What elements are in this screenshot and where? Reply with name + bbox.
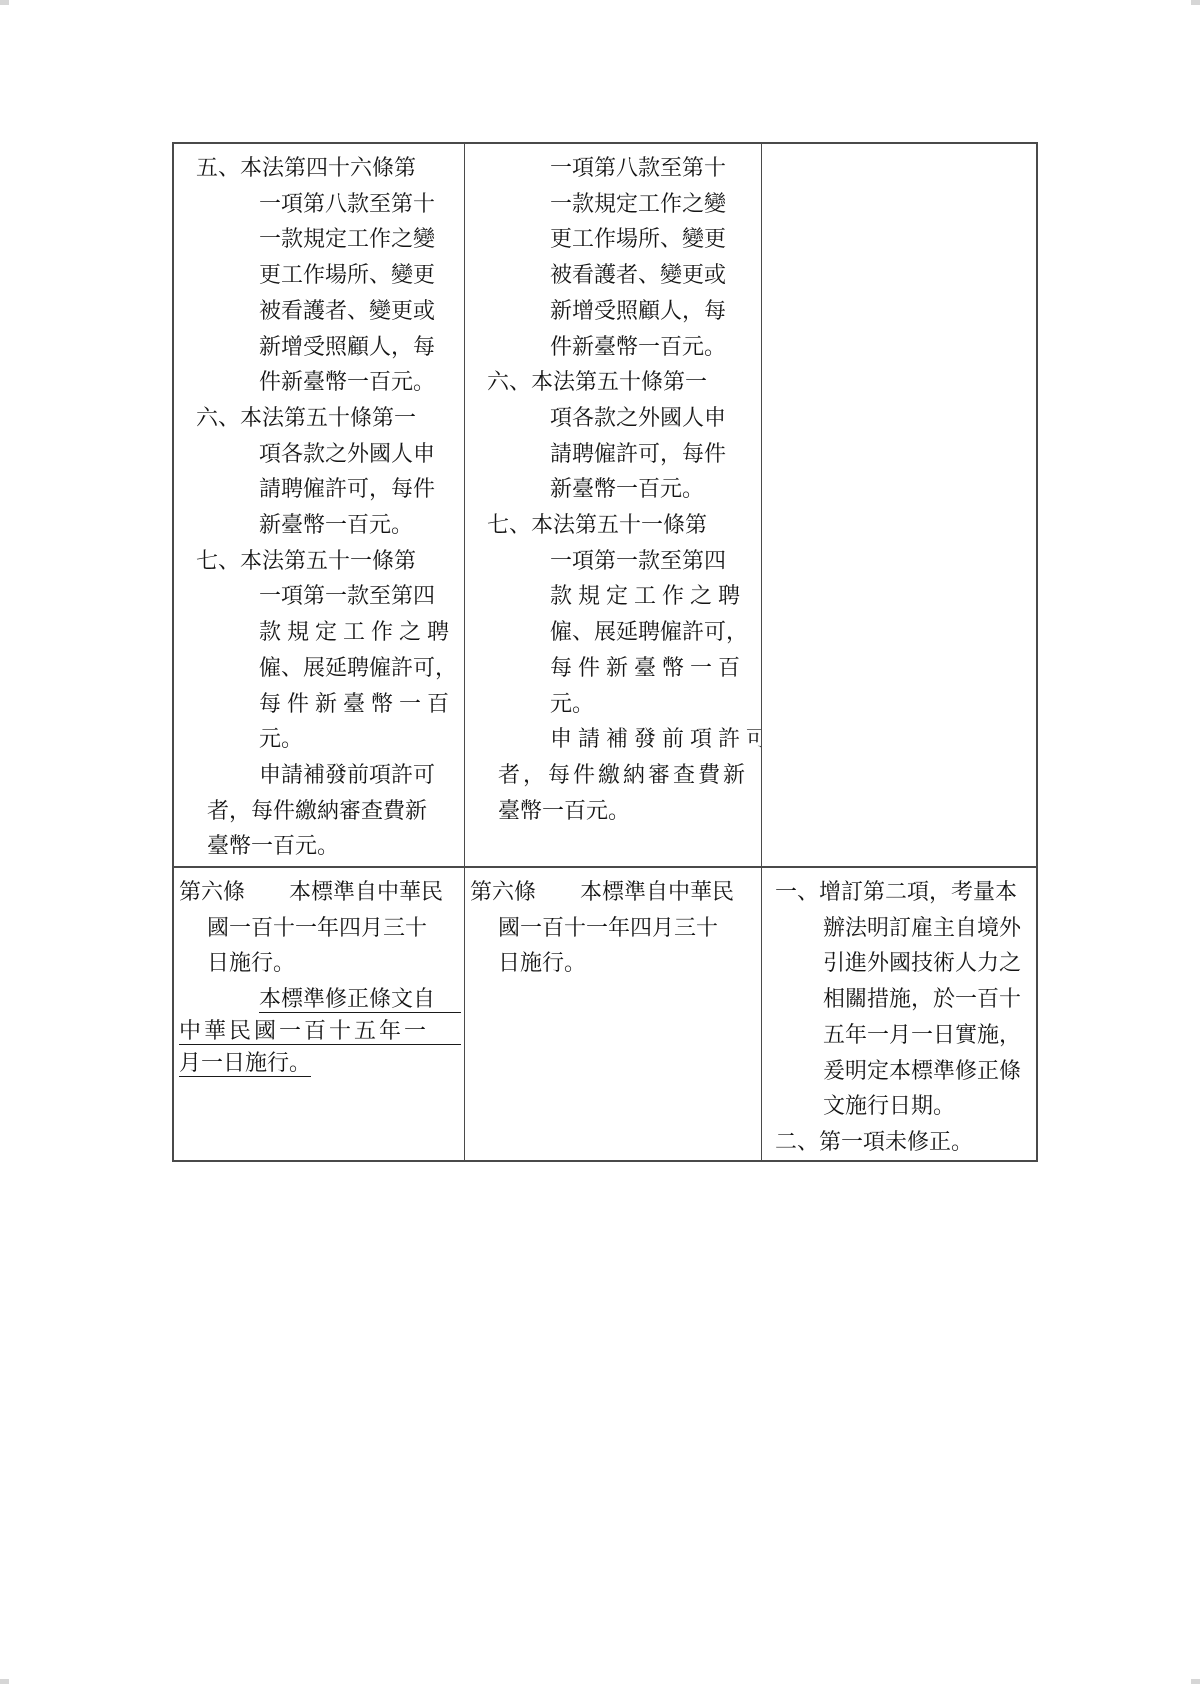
amended-provision-cell: 第六條 本標準自中華民國一百十一年四月三十日施行。本標準修正條文自中華民國一百十… — [174, 868, 465, 1160]
text-line: 新增受照顧人，每 — [178, 329, 461, 365]
text-line: 更工作場所、變更 — [469, 221, 758, 257]
current-provision-cell: 一項第八款至第十一款規定工作之變更工作場所、變更被看護者、變更或新增受照顧人，每… — [465, 144, 762, 866]
text-line: 被看護者、變更或 — [178, 293, 461, 329]
text-line: 款規定工作之聘 — [469, 578, 758, 614]
text-line: 新增受照顧人，每 — [469, 293, 758, 329]
text-line: 二、第一項未修正。 — [766, 1124, 1033, 1160]
text-line: 件新臺幣一百元。 — [178, 364, 461, 400]
text-line: 一項第八款至第十 — [178, 186, 461, 222]
text-line: 僱、展延聘僱許可， — [469, 614, 758, 650]
text-line: 引進外國技術人力之 — [766, 945, 1033, 981]
text-line: 件新臺幣一百元。 — [469, 329, 758, 365]
text-line: 臺幣一百元。 — [178, 828, 461, 864]
text-line: 本標準修正條文自 — [178, 981, 461, 1013]
text-line: 日施行。 — [178, 945, 461, 981]
current-provision-cell: 第六條 本標準自中華民國一百十一年四月三十日施行。 — [465, 868, 762, 1160]
underlined-amendment-text: 月一日施行。 — [179, 1045, 311, 1077]
text-line: 元。 — [469, 686, 758, 722]
text-line: 更工作場所、變更 — [178, 257, 461, 293]
document-page: 五、本法第四十六條第一項第八款至第十一款規定工作之變更工作場所、變更被看護者、變… — [0, 0, 1200, 1697]
text-line: 日施行。 — [469, 945, 758, 981]
text-line: 辦法明訂雇主自境外 — [766, 910, 1033, 946]
text-line: 申請補發前項許可 — [469, 721, 758, 757]
text-line: 一款規定工作之變 — [178, 221, 461, 257]
text-line: 月一日施行。 — [178, 1045, 461, 1081]
text-line: 中華民國一百十五年一 — [178, 1013, 461, 1045]
corner-mark-top-right — [1191, 0, 1200, 5]
explanation-cell: 一、增訂第二項，考量本辦法明訂雇主自境外引進外國技術人力之相關措施，於一百十五年… — [762, 868, 1036, 1160]
table-row-article6: 第六條 本標準自中華民國一百十一年四月三十日施行。本標準修正條文自中華民國一百十… — [174, 866, 1036, 1160]
text-line: 第六條 本標準自中華民 — [178, 874, 461, 910]
text-line: 第六條 本標準自中華民 — [469, 874, 758, 910]
table-row-article5-fees: 五、本法第四十六條第一項第八款至第十一款規定工作之變更工作場所、變更被看護者、變… — [174, 144, 1036, 866]
text-line: 款規定工作之聘 — [178, 614, 461, 650]
text-line: 五年一月一日實施， — [766, 1017, 1033, 1053]
text-line: 請聘僱許可，每件 — [469, 436, 758, 472]
text-line: 僱、展延聘僱許可， — [178, 650, 461, 686]
corner-mark-bottom-right — [1191, 1679, 1200, 1684]
underlined-amendment-text: 中華民國一百十五年一 — [179, 1013, 461, 1045]
text-line: 文施行日期。 — [766, 1088, 1033, 1124]
text-line: 七、本法第五十一條第 — [178, 543, 461, 579]
text-line: 七、本法第五十一條第 — [469, 507, 758, 543]
explanation-cell — [762, 144, 1036, 866]
text-line: 者，每件繳納審查費新 — [178, 793, 461, 829]
corner-mark-bottom-left — [0, 1679, 9, 1684]
text-line: 項各款之外國人申 — [178, 436, 461, 472]
text-line: 爰明定本標準修正條 — [766, 1053, 1033, 1089]
text-line: 國一百十一年四月三十 — [178, 910, 461, 946]
corner-mark-top-left — [0, 0, 9, 5]
text-line: 六、本法第五十條第一 — [469, 364, 758, 400]
text-line: 五、本法第四十六條第 — [178, 150, 461, 186]
text-line: 者，每件繳納審查費新 — [469, 757, 758, 793]
text-line: 臺幣一百元。 — [469, 793, 758, 829]
text-line: 國一百十一年四月三十 — [469, 910, 758, 946]
text-line: 新臺幣一百元。 — [469, 471, 758, 507]
text-line: 項各款之外國人申 — [469, 400, 758, 436]
text-line: 每件新臺幣一百 — [469, 650, 758, 686]
text-line: 被看護者、變更或 — [469, 257, 758, 293]
text-line: 一、增訂第二項，考量本 — [766, 874, 1033, 910]
text-line: 一款規定工作之變 — [469, 186, 758, 222]
amended-provision-cell: 五、本法第四十六條第一項第八款至第十一款規定工作之變更工作場所、變更被看護者、變… — [174, 144, 465, 866]
text-line: 每件新臺幣一百 — [178, 686, 461, 722]
text-line: 一項第八款至第十 — [469, 150, 758, 186]
text-line: 新臺幣一百元。 — [178, 507, 461, 543]
comparison-table: 五、本法第四十六條第一項第八款至第十一款規定工作之變更工作場所、變更被看護者、變… — [172, 142, 1038, 1162]
underlined-amendment-text: 本標準修正條文自 — [259, 981, 461, 1013]
text-line: 六、本法第五十條第一 — [178, 400, 461, 436]
text-line: 請聘僱許可，每件 — [178, 471, 461, 507]
text-line: 相關措施，於一百十 — [766, 981, 1033, 1017]
text-line: 一項第一款至第四 — [178, 578, 461, 614]
text-line: 一項第一款至第四 — [469, 543, 758, 579]
text-line: 申請補發前項許可 — [178, 757, 461, 793]
text-line: 元。 — [178, 721, 461, 757]
